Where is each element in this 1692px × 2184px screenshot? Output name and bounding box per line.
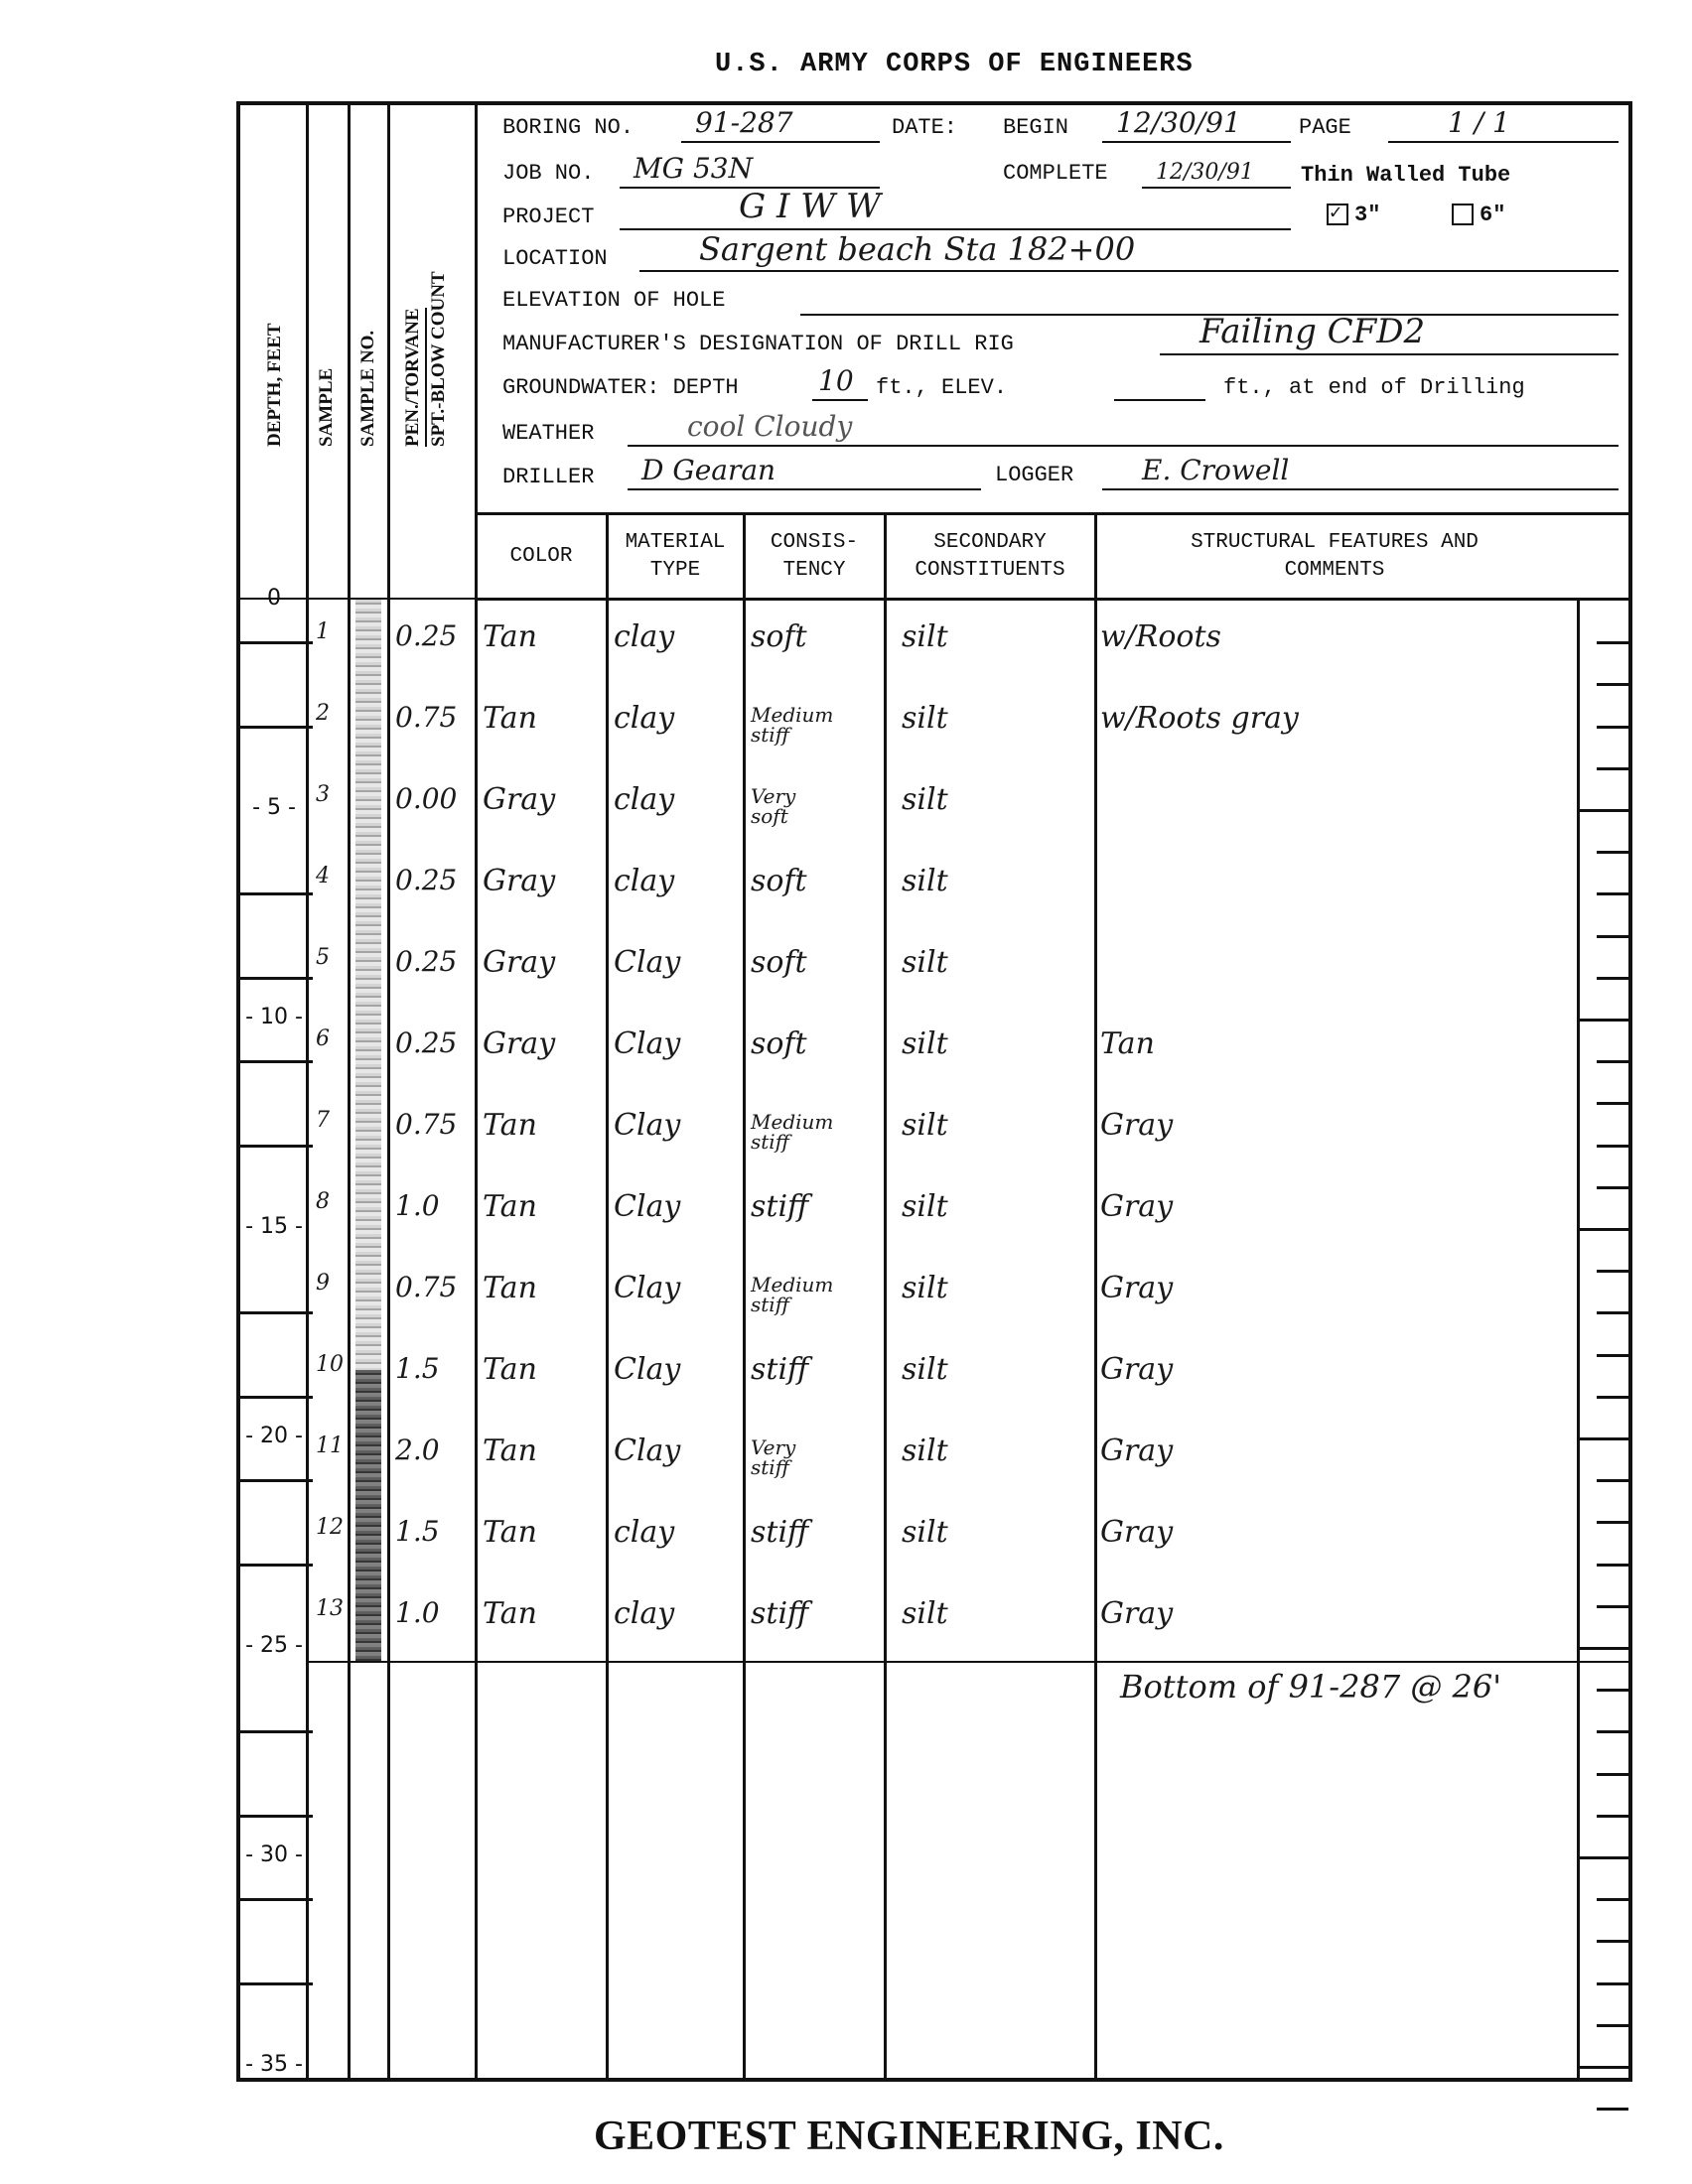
scale-tick xyxy=(1579,1856,1628,1859)
scale-tick xyxy=(1579,1228,1628,1231)
thin-walled-tube-label: Thin Walled Tube xyxy=(1301,163,1510,188)
cell-comments: Gray xyxy=(1100,1189,1173,1224)
cell-comments: Gray xyxy=(1100,1596,1173,1631)
cell-color: Tan xyxy=(483,1352,537,1387)
cell-consistency: Mediumstiff xyxy=(751,1275,833,1314)
location-label: LOCATION xyxy=(502,246,608,271)
cell-consistency: stiff xyxy=(751,1515,808,1550)
cell-secondary: silt xyxy=(902,1433,948,1468)
scale-tick xyxy=(1597,851,1628,854)
cell-consistency: soft xyxy=(751,945,807,980)
scale-tick xyxy=(1597,1773,1628,1776)
cell-color: Tan xyxy=(483,1189,537,1224)
cell-consistency: soft xyxy=(751,1026,807,1061)
project-label: PROJECT xyxy=(502,205,594,229)
cell-material: clay xyxy=(614,1515,674,1550)
pen-spt-label: PEN./TORVANE SPT.-BLOW COUNT xyxy=(401,271,451,447)
boring-no-field[interactable]: 91-287 xyxy=(681,111,880,143)
depth-gridline xyxy=(239,977,313,980)
cell-material: Clay xyxy=(614,1433,680,1468)
cell-color: Tan xyxy=(483,619,537,654)
col-header-color: COLOR xyxy=(477,516,606,598)
divider xyxy=(475,512,1632,515)
cell-no: 9 xyxy=(316,1271,330,1296)
sample-no-label: SAMPLE NO. xyxy=(357,331,379,447)
cell-pen: 1.5 xyxy=(395,1515,440,1548)
scale-tick xyxy=(1597,1605,1628,1608)
scale-tick xyxy=(1597,1982,1628,1985)
scale-tick xyxy=(1579,2066,1628,2069)
scale-tick xyxy=(1597,726,1628,729)
divider xyxy=(884,512,887,2082)
divider xyxy=(387,101,390,2082)
cell-comments: w/Roots gray xyxy=(1100,701,1299,736)
cell-secondary: silt xyxy=(902,864,948,898)
tube-3in-option[interactable]: 3" xyxy=(1327,203,1380,227)
cell-no: 2 xyxy=(316,701,330,726)
scale-tick xyxy=(1597,767,1628,770)
bottom-of-boring-note: Bottom of 91-287 @ 26' xyxy=(1120,1668,1501,1706)
spt-blow-count-label: SPT.-BLOW COUNT xyxy=(428,271,449,447)
sample-label: SAMPLE xyxy=(316,368,338,447)
scale-tick xyxy=(1597,935,1628,938)
scale-tick xyxy=(1597,1060,1628,1063)
scale-tick xyxy=(1597,892,1628,895)
cell-material: Clay xyxy=(614,1108,680,1143)
divider xyxy=(743,512,746,2082)
scale-tick xyxy=(1579,1647,1628,1650)
cell-color: Tan xyxy=(483,1433,537,1468)
depth-tick-label: - 35 - xyxy=(242,2052,306,2077)
logger-label: LOGGER xyxy=(995,463,1073,487)
scale-tick xyxy=(1597,1521,1628,1524)
divider xyxy=(475,598,1632,601)
depth-gridline xyxy=(239,892,313,895)
weather-field[interactable]: cool Cloudy xyxy=(628,415,1619,447)
cell-comments: w/Roots xyxy=(1100,619,1221,654)
scale-tick xyxy=(1597,1479,1628,1482)
scale-tick xyxy=(1597,1145,1628,1148)
cell-color: Tan xyxy=(483,1271,537,1305)
cell-pen: 0.25 xyxy=(395,864,457,896)
cell-secondary: silt xyxy=(902,945,948,980)
tube-3in-checkbox[interactable] xyxy=(1327,204,1348,225)
cell-secondary: silt xyxy=(902,1108,948,1143)
begin-date-field[interactable]: 12/30/91 xyxy=(1102,111,1291,143)
depth-tick-label: - 15 - xyxy=(242,1214,306,1239)
cell-pen: 0.75 xyxy=(395,701,457,734)
cell-pen: 0.00 xyxy=(395,782,457,815)
logger-field[interactable]: E. Crowell xyxy=(1102,459,1619,490)
col-header-secondary: SECONDARY CONSTITUENTS xyxy=(886,516,1094,598)
divider xyxy=(1094,512,1097,2082)
footer-company: GEOTEST ENGINEERING, INC. xyxy=(594,2113,1224,2160)
cell-comments: Tan xyxy=(1100,1026,1155,1061)
depth-gridline xyxy=(239,1898,313,1901)
cell-no: 12 xyxy=(316,1515,344,1540)
scale-tick xyxy=(1597,1689,1628,1692)
cell-no: 7 xyxy=(316,1108,330,1133)
scale-tick xyxy=(1579,1019,1628,1022)
scale-tick xyxy=(1597,641,1628,644)
cell-consistency: stiff xyxy=(751,1189,808,1224)
complete-label: COMPLETE xyxy=(1003,161,1108,186)
cell-no: 4 xyxy=(316,864,330,888)
cell-comments: Gray xyxy=(1100,1352,1173,1387)
depth-tick-label: - 30 - xyxy=(242,1843,306,1867)
groundwater-elev-field[interactable] xyxy=(1114,369,1205,401)
cell-color: Tan xyxy=(483,701,537,736)
date-label: DATE: xyxy=(892,115,957,140)
depth-tick-label: - 0 - xyxy=(242,586,306,611)
cell-consistency: Verystiff xyxy=(751,1437,795,1477)
cell-pen: 0.25 xyxy=(395,945,457,978)
tube-6in-checkbox[interactable] xyxy=(1452,204,1474,225)
cell-color: Tan xyxy=(483,1515,537,1550)
cell-consistency: stiff xyxy=(751,1352,808,1387)
depth-gridline xyxy=(239,1815,313,1818)
project-field[interactable]: G I W W xyxy=(620,199,1291,230)
ft-elev-label: ft., ELEV. xyxy=(876,375,1007,400)
depth-gridline xyxy=(239,1060,313,1063)
cell-pen: 0.75 xyxy=(395,1271,457,1303)
col-header-structural: STRUCTURAL FEATURES AND COMMENTS xyxy=(1096,516,1573,598)
cell-material: Clay xyxy=(614,1352,680,1387)
depth-gridline xyxy=(239,1982,313,1985)
scale-tick xyxy=(1597,1311,1628,1314)
scale-tick xyxy=(1597,1940,1628,1943)
location-field[interactable]: Sargent beach Sta 182+00 xyxy=(639,240,1619,272)
scale-tick xyxy=(1597,2108,1628,2111)
cell-color: Gray xyxy=(483,782,555,817)
cell-no: 13 xyxy=(316,1596,344,1621)
divider xyxy=(606,512,609,2082)
cell-secondary: silt xyxy=(902,1026,948,1061)
cell-pen: 0.25 xyxy=(395,1026,457,1059)
drill-rig-field[interactable]: Failing CFD2 xyxy=(1160,324,1619,355)
depth-gridline xyxy=(239,1145,313,1148)
cell-material: clay xyxy=(614,864,674,898)
cell-pen: 1.5 xyxy=(395,1352,440,1385)
cell-secondary: silt xyxy=(902,619,948,654)
cell-no: 5 xyxy=(316,945,330,970)
page-label: PAGE xyxy=(1299,115,1351,140)
divider xyxy=(475,101,478,2082)
cell-consistency: Verysoft xyxy=(751,786,795,826)
cell-no: 3 xyxy=(316,782,330,807)
scale-tick xyxy=(1579,1437,1628,1440)
cell-consistency: soft xyxy=(751,619,807,654)
cell-pen: 1.0 xyxy=(395,1189,440,1222)
scale-tick xyxy=(1597,1564,1628,1567)
cell-color: Gray xyxy=(483,864,555,898)
driller-field[interactable]: D Gearan xyxy=(628,459,981,490)
scale-tick xyxy=(1597,1186,1628,1189)
cell-secondary: silt xyxy=(902,1189,948,1224)
cell-comments: Gray xyxy=(1100,1515,1173,1550)
scale-tick xyxy=(1597,1898,1628,1901)
depth-gridline xyxy=(239,641,313,644)
scale-tick xyxy=(1597,977,1628,980)
driller-label: DRILLER xyxy=(502,465,594,489)
begin-label: BEGIN xyxy=(1003,115,1068,140)
depth-gridline xyxy=(239,1311,313,1314)
depth-tick-label: - 5 - xyxy=(242,795,306,820)
depth-gridline xyxy=(239,726,313,729)
divider xyxy=(348,101,351,2082)
cell-color: Tan xyxy=(483,1596,537,1631)
depth-tick-label: - 25 - xyxy=(242,1633,306,1658)
depth-tick-label: - 10 - xyxy=(242,1005,306,1029)
cell-material: Clay xyxy=(614,1271,680,1305)
cell-pen: 2.0 xyxy=(395,1433,440,1466)
depth-gridline xyxy=(239,1564,313,1567)
scale-tick xyxy=(1597,2024,1628,2027)
scale-tick xyxy=(1597,1354,1628,1357)
boring-no-label: BORING NO. xyxy=(502,115,634,140)
cell-material: Clay xyxy=(614,1026,680,1061)
groundwater-depth-label: GROUNDWATER: DEPTH xyxy=(502,375,739,400)
cell-no: 11 xyxy=(316,1433,344,1458)
cell-material: clay xyxy=(614,619,674,654)
cell-comments: Gray xyxy=(1100,1433,1173,1468)
complete-date-field[interactable]: 12/30/91 xyxy=(1142,157,1291,189)
tube-6in-option[interactable]: 6" xyxy=(1452,203,1505,227)
cell-no: 8 xyxy=(316,1189,330,1214)
depth-feet-label: DEPTH, FEET xyxy=(264,323,286,447)
depth-gridline xyxy=(239,1479,313,1482)
depth-gridline xyxy=(239,1730,313,1733)
cell-no: 6 xyxy=(316,1026,330,1051)
cell-material: Clay xyxy=(614,945,680,980)
page-field[interactable]: 1 / 1 xyxy=(1388,111,1619,143)
cell-pen: 0.25 xyxy=(395,619,457,652)
sample-core-strip-dense xyxy=(355,1370,381,1662)
scale-tick xyxy=(1597,1730,1628,1733)
cell-consistency: stiff xyxy=(751,1596,808,1631)
scale-tick xyxy=(1597,683,1628,686)
cell-secondary: silt xyxy=(902,782,948,817)
scale-tick xyxy=(1597,1102,1628,1105)
scale-tick xyxy=(1597,1270,1628,1273)
cell-secondary: silt xyxy=(902,1352,948,1387)
end-of-drilling-label: ft., at end of Drilling xyxy=(1223,375,1525,400)
drill-rig-label: MANUFACTURER'S DESIGNATION OF DRILL RIG xyxy=(502,332,1014,356)
job-no-label: JOB NO. xyxy=(502,161,594,186)
divider xyxy=(306,101,309,2082)
scale-tick xyxy=(1597,1396,1628,1399)
cell-material: Clay xyxy=(614,1189,680,1224)
cell-material: clay xyxy=(614,1596,674,1631)
scale-tick xyxy=(1597,1815,1628,1818)
depth-tick-label: - 20 - xyxy=(242,1424,306,1448)
cell-secondary: silt xyxy=(902,1271,948,1305)
col-header-consistency: CONSIS- TENCY xyxy=(745,516,884,598)
cell-consistency: Mediumstiff xyxy=(751,705,833,745)
cell-color: Tan xyxy=(483,1108,537,1143)
cell-material: clay xyxy=(614,782,674,817)
cell-color: Gray xyxy=(483,945,555,980)
cell-pen: 1.0 xyxy=(395,1596,440,1629)
end-of-log-line xyxy=(306,1661,1632,1663)
cell-secondary: silt xyxy=(902,1515,948,1550)
cell-pen: 0.75 xyxy=(395,1108,457,1141)
cell-material: clay xyxy=(614,701,674,736)
pen-torvane-label: PEN./TORVANE xyxy=(401,308,427,447)
cell-consistency: Mediumstiff xyxy=(751,1112,833,1152)
cell-no: 1 xyxy=(316,619,330,644)
cell-consistency: soft xyxy=(751,864,807,898)
org-title: U.S. ARMY CORPS OF ENGINEERS xyxy=(715,50,1194,79)
cell-comments: Gray xyxy=(1100,1108,1173,1143)
scale-tick xyxy=(1579,809,1628,812)
cell-no: 10 xyxy=(316,1352,344,1377)
cell-secondary: silt xyxy=(902,1596,948,1631)
col-header-material: MATERIAL TYPE xyxy=(608,516,743,598)
cell-secondary: silt xyxy=(902,701,948,736)
cell-color: Gray xyxy=(483,1026,555,1061)
cell-comments: Gray xyxy=(1100,1271,1173,1305)
groundwater-depth-field[interactable]: 10 xyxy=(812,369,868,401)
weather-label: WEATHER xyxy=(502,421,594,446)
job-no-field[interactable]: MG 53N xyxy=(620,157,880,189)
elevation-label: ELEVATION OF HOLE xyxy=(502,288,725,313)
depth-gridline xyxy=(239,1396,313,1399)
